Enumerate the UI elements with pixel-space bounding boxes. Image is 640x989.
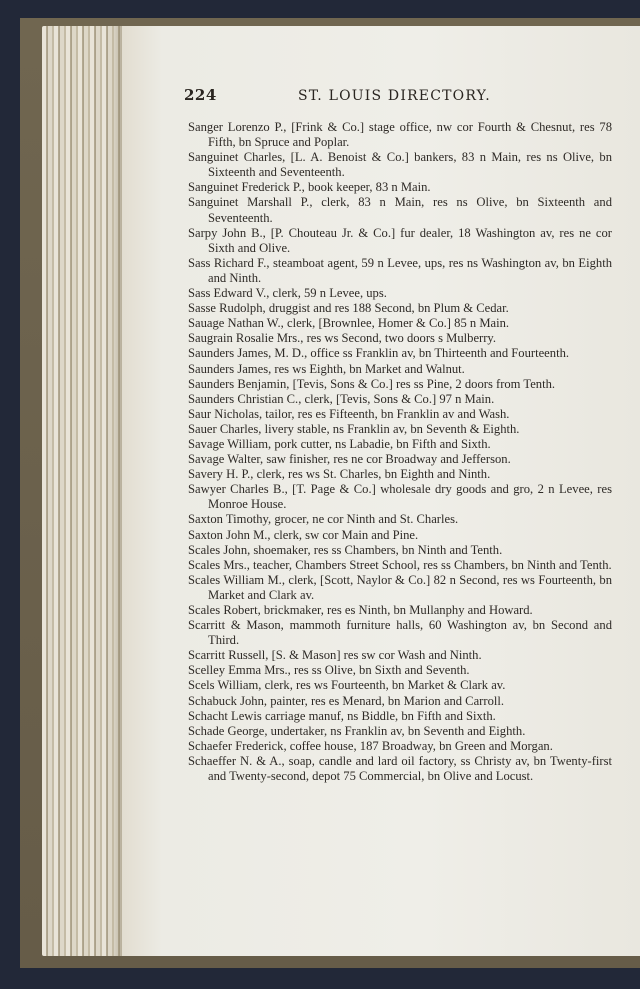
- directory-entry: Scales William M., clerk, [Scott, Naylor…: [188, 573, 612, 603]
- directory-entry: Sass Richard F., steamboat agent, 59 n L…: [188, 256, 612, 286]
- directory-entry: Saunders Christian C., clerk, [Tevis, So…: [188, 392, 612, 407]
- directory-entry: Saur Nicholas, tailor, res es Fifteenth,…: [188, 407, 612, 422]
- directory-entry: Schaeffer N. & A., soap, candle and lard…: [188, 754, 612, 784]
- directory-entry: Savery H. P., clerk, res ws St. Charles,…: [188, 467, 612, 482]
- directory-entry: Sauer Charles, livery stable, ns Frankli…: [188, 422, 612, 437]
- page-number: 224: [184, 86, 298, 104]
- directory-entries: Sanger Lorenzo P., [Frink & Co.] stage o…: [188, 120, 612, 784]
- directory-entry: Sanguinet Frederick P., book keeper, 83 …: [188, 180, 612, 195]
- directory-entry: Saunders Benjamin, [Tevis, Sons & Co.] r…: [188, 377, 612, 392]
- page-edges: [42, 26, 124, 956]
- directory-entry: Scales John, shoemaker, res ss Chambers,…: [188, 543, 612, 558]
- directory-entry: Savage William, pork cutter, ns Labadie,…: [188, 437, 612, 452]
- directory-entry: Sauage Nathan W., clerk, [Brownlee, Home…: [188, 316, 612, 331]
- directory-entry: Scarritt Russell, [S. & Mason] res sw co…: [188, 648, 612, 663]
- directory-entry: Scarritt & Mason, mammoth furniture hall…: [188, 618, 612, 648]
- directory-entry: Scales Robert, brickmaker, res es Ninth,…: [188, 603, 612, 618]
- directory-entry: Sawyer Charles B., [T. Page & Co.] whole…: [188, 482, 612, 512]
- directory-entry: Sanguinet Marshall P., clerk, 83 n Main,…: [188, 195, 612, 225]
- directory-entry: Sanger Lorenzo P., [Frink & Co.] stage o…: [188, 120, 612, 150]
- directory-entry: Saunders James, M. D., office ss Frankli…: [188, 346, 612, 361]
- page-header: 224 ST. LOUIS DIRECTORY.: [184, 86, 624, 104]
- directory-entry: Sass Edward V., clerk, 59 n Levee, ups.: [188, 286, 612, 301]
- directory-entry: Schaefer Frederick, coffee house, 187 Br…: [188, 739, 612, 754]
- book-page: 224 ST. LOUIS DIRECTORY. Sanger Lorenzo …: [122, 26, 640, 956]
- directory-entry: Schabuck John, painter, res es Menard, b…: [188, 694, 612, 709]
- directory-entry: Schacht Lewis carriage manuf, ns Biddle,…: [188, 709, 612, 724]
- directory-entry: Scales Mrs., teacher, Chambers Street Sc…: [188, 558, 612, 573]
- directory-entry: Schade George, undertaker, ns Franklin a…: [188, 724, 612, 739]
- directory-entry: Saunders James, res ws Eighth, bn Market…: [188, 362, 612, 377]
- directory-entry: Saxton Timothy, grocer, ne cor Ninth and…: [188, 512, 612, 527]
- directory-entry: Savage Walter, saw finisher, res ne cor …: [188, 452, 612, 467]
- directory-entry: Sasse Rudolph, druggist and res 188 Seco…: [188, 301, 612, 316]
- directory-entry: Saugrain Rosalie Mrs., res ws Second, tw…: [188, 331, 612, 346]
- directory-entry: Sarpy John B., [P. Chouteau Jr. & Co.] f…: [188, 226, 612, 256]
- directory-entry: Scels William, clerk, res ws Fourteenth,…: [188, 678, 612, 693]
- directory-entry: Saxton John M., clerk, sw cor Main and P…: [188, 528, 612, 543]
- directory-entry: Scelley Emma Mrs., res ss Olive, bn Sixt…: [188, 663, 612, 678]
- running-title: ST. LOUIS DIRECTORY.: [298, 88, 491, 104]
- directory-entry: Sanguinet Charles, [L. A. Benoist & Co.]…: [188, 150, 612, 180]
